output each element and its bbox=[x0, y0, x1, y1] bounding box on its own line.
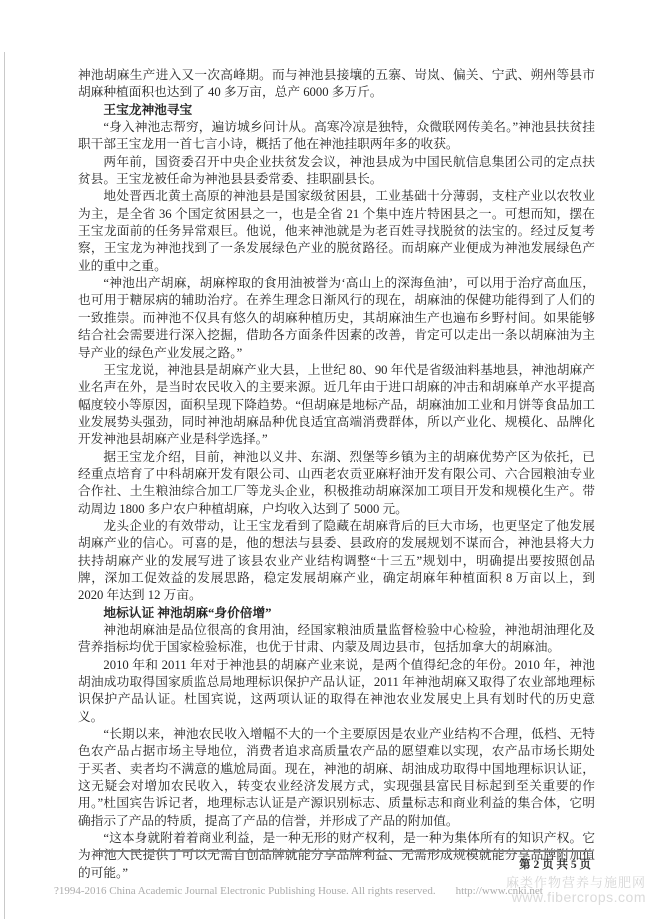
copyright-text: ?1994-2016 China Academic Journal Electr… bbox=[54, 885, 436, 897]
paragraph: “身入神池志帮穷，遍访城乡问计从。高寒冷凉是独特，众微联网传美名。”神池县扶贫挂… bbox=[78, 119, 595, 154]
paragraph: 龙头企业的有效带动，让王宝龙看到了隐藏在胡麻背后的巨大市场，也更坚定了他发展胡麻… bbox=[78, 518, 595, 605]
paragraph: 2010 年和 2011 年对于神池县的胡麻产业来说，是两个值得纪念的年份。20… bbox=[78, 657, 595, 726]
paragraph: 两年前，国资委召开中央企业扶贫发会议，神池县成为中国民航信息集团公司的定点扶贫县… bbox=[78, 154, 595, 189]
scan-edge-line bbox=[4, 52, 5, 919]
article-body: 神池胡麻生产进入又一次高峰期。而与神池县接壤的五寨、岢岚、偏关、宁武、朔州等县市… bbox=[78, 67, 595, 882]
watermark-site-url: www.fibercrops.com bbox=[506, 890, 646, 905]
page-indicator: 第 2 页 共 5 页 bbox=[95, 856, 591, 872]
copyright-line: ?1994-2016 China Academic Journal Electr… bbox=[54, 885, 543, 897]
watermark-site-name: 麻类作物营养与施肥网 bbox=[506, 875, 646, 890]
watermark: 麻类作物营养与施肥网 www.fibercrops.com bbox=[506, 875, 646, 905]
footer-divider bbox=[95, 850, 591, 852]
paragraph: 王宝龙说，神池县是胡麻产业大县，上世纪 80、90 年代是省级油料基地县，神池胡… bbox=[78, 362, 595, 449]
paragraph: 据王宝龙介绍，目前，神池以义井、东湖、烈堡等乡镇为主的胡麻优势产区为依托，已经重… bbox=[78, 449, 595, 518]
paragraph: “长期以来，神池农民收入增幅不大的一个主要原因是农业产业结构不合理，低档、无特色… bbox=[78, 726, 595, 830]
section-heading: 王宝龙神池寻宝 bbox=[78, 102, 595, 119]
paragraph: “神池出产胡麻，胡麻榨取的食用油被誉为‘高山上的深海鱼油’，可以用于治疗高血压，… bbox=[78, 275, 595, 362]
paragraph: 神池胡麻生产进入又一次高峰期。而与神池县接壤的五寨、岢岚、偏关、宁武、朔州等县市… bbox=[78, 67, 595, 102]
section-heading: 地标认证 神池胡麻“身价倍增” bbox=[78, 605, 595, 622]
paragraph: 地处晋西北黄土高原的神池县是国家级贫困县，工业基础十分薄弱，支柱产业以农牧业为主… bbox=[78, 188, 595, 275]
paragraph: 神池胡麻油是品位很高的食用油，经国家粮油质量监督检验中心检验，神池胡油理化及营养… bbox=[78, 622, 595, 657]
